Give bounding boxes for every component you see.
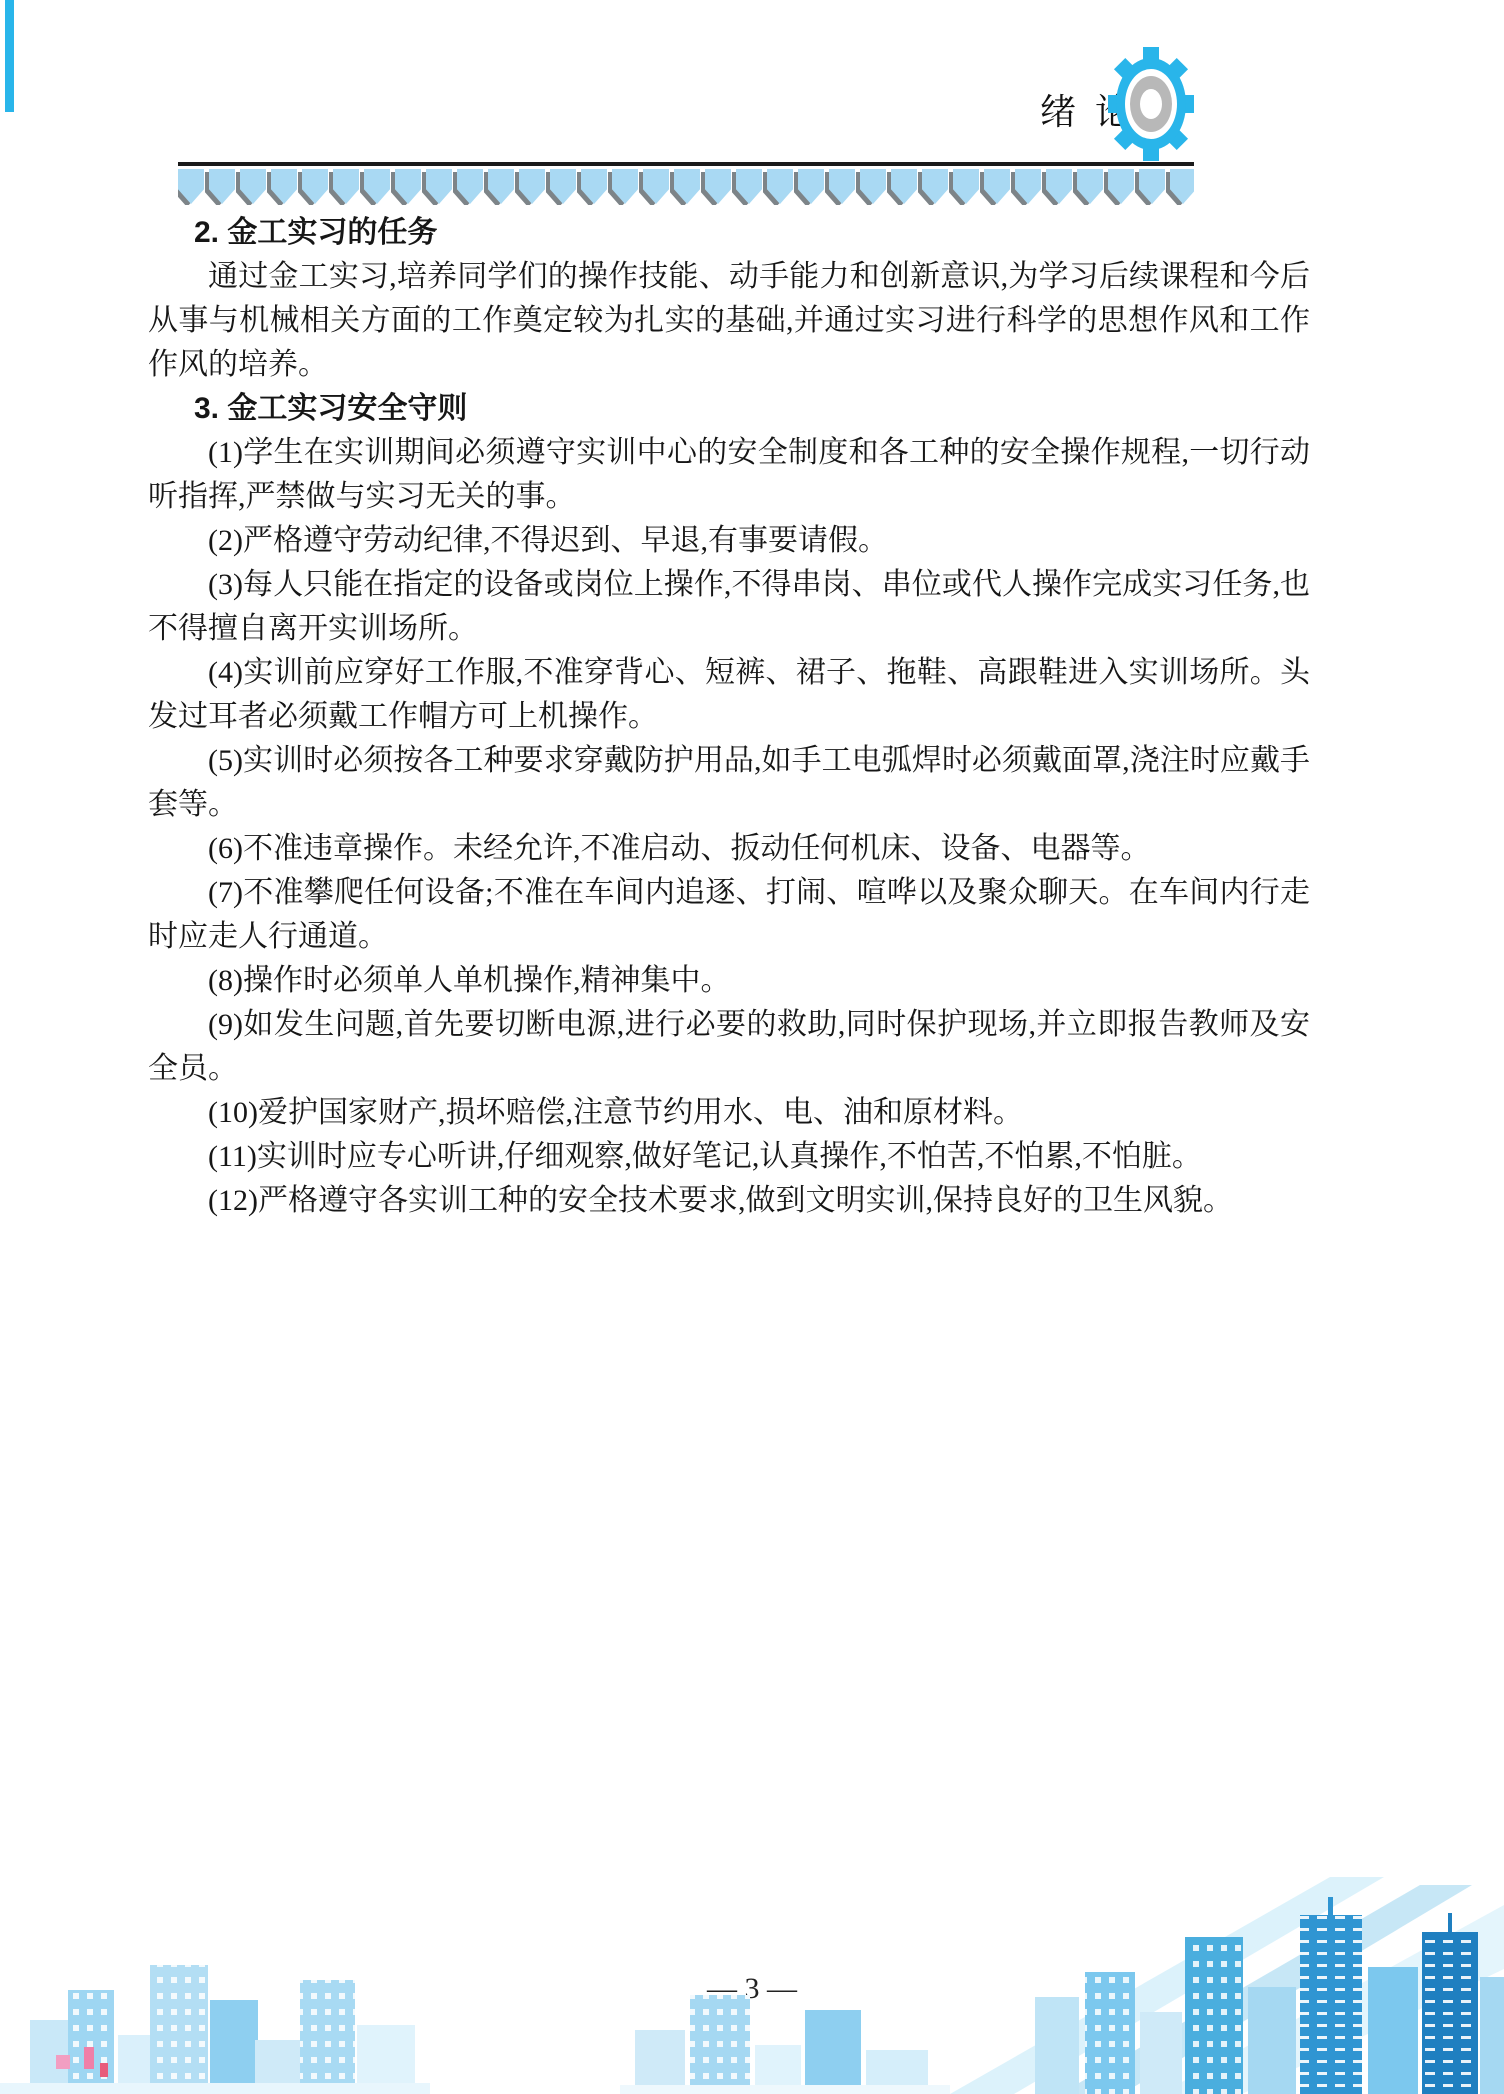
- banner-tab: [767, 169, 793, 204]
- corner-accent-bar: [5, 0, 14, 112]
- banner-tab: [953, 169, 979, 204]
- banner-tab: [1139, 169, 1165, 204]
- banner-tab: [612, 169, 638, 204]
- banner-tab: [488, 169, 514, 204]
- content-area: 2. 金工实习的任务 通过金工实习,培养同学们的操作技能、动手能力和创新意识,为…: [148, 211, 1310, 1223]
- banner-tab: [1170, 169, 1194, 204]
- banner-tab: [519, 169, 545, 204]
- header-rule: [178, 162, 1194, 166]
- banner-tab: [1015, 169, 1041, 204]
- banner-tab: [550, 169, 576, 204]
- banner-tab: [705, 169, 731, 204]
- section-heading: 2. 金工实习的任务: [148, 211, 1310, 255]
- banner-tab: [271, 169, 297, 204]
- banner-tab: [798, 169, 824, 204]
- body-paragraph: (4)实训前应穿好工作服,不准穿背心、短裤、裙子、拖鞋、高跟鞋进入实训场所。头发…: [148, 651, 1310, 739]
- tabs-border: [178, 169, 1194, 205]
- banner-tab: [1108, 169, 1134, 204]
- banner-tab: [178, 169, 204, 204]
- section-heading: 3. 金工实习安全守则: [148, 387, 1310, 431]
- banner-tab: [581, 169, 607, 204]
- body-paragraph: (10)爱护国家财产,损坏赔偿,注意节约用水、电、油和原材料。: [148, 1091, 1310, 1135]
- banner-tab: [240, 169, 266, 204]
- banner-tab: [209, 169, 235, 204]
- banner-tab: [1046, 169, 1072, 204]
- body-paragraph: 通过金工实习,培养同学们的操作技能、动手能力和创新意识,为学习后续课程和今后从事…: [148, 255, 1310, 387]
- banner-tab: [333, 169, 359, 204]
- banner-tab: [1077, 169, 1103, 204]
- banner-tab: [364, 169, 390, 204]
- body-paragraph: (3)每人只能在指定的设备或岗位上操作,不得串岗、串位或代人操作完成实习任务,也…: [148, 563, 1310, 651]
- body-paragraph: (1)学生在实训期间必须遵守实训中心的安全制度和各工种的安全操作规程,一切行动听…: [148, 431, 1310, 519]
- body-paragraph: (12)严格遵守各实训工种的安全技术要求,做到文明实训,保持良好的卫生风貌。: [148, 1179, 1310, 1223]
- banner-tab: [860, 169, 886, 204]
- banner-tab: [736, 169, 762, 204]
- body-paragraph: (8)操作时必须单人单机操作,精神集中。: [148, 959, 1310, 1003]
- body-paragraph: (9)如发生问题,首先要切断电源,进行必要的救助,同时保护现场,并立即报告教师及…: [148, 1003, 1310, 1091]
- banner-tab: [426, 169, 452, 204]
- body-paragraph: (11)实训时应专心听讲,仔细观察,做好笔记,认真操作,不怕苦,不怕累,不怕脏。: [148, 1135, 1310, 1179]
- footer-skyline-decoration: [0, 1877, 1504, 2094]
- banner-tab: [395, 169, 421, 204]
- banner-tab: [674, 169, 700, 204]
- book-page: 绪 论 2. 金工实习的任务 通过金工实习,培养同学们的操作技能、动手能力和创新…: [0, 0, 1504, 2094]
- body-paragraph: (2)严格遵守劳动纪律,不得迟到、早退,有事要请假。: [148, 519, 1310, 563]
- banner-tab: [891, 169, 917, 204]
- banner-tab: [829, 169, 855, 204]
- banner-tab: [922, 169, 948, 204]
- banner-tab: [984, 169, 1010, 204]
- banner-tab: [457, 169, 483, 204]
- banner-tab: [643, 169, 669, 204]
- body-paragraph: (7)不准攀爬任何设备;不准在车间内追逐、打闹、喧哗以及聚众聊天。在车间内行走时…: [148, 871, 1310, 959]
- banner-tab: [302, 169, 328, 204]
- body-paragraph: (6)不准违章操作。未经允许,不准启动、扳动任何机床、设备、电器等。: [148, 827, 1310, 871]
- body-paragraph: (5)实训时必须按各工种要求穿戴防护用品,如手工电弧焊时必须戴面罩,浇注时应戴手…: [148, 739, 1310, 827]
- gear-icon: [1106, 44, 1196, 164]
